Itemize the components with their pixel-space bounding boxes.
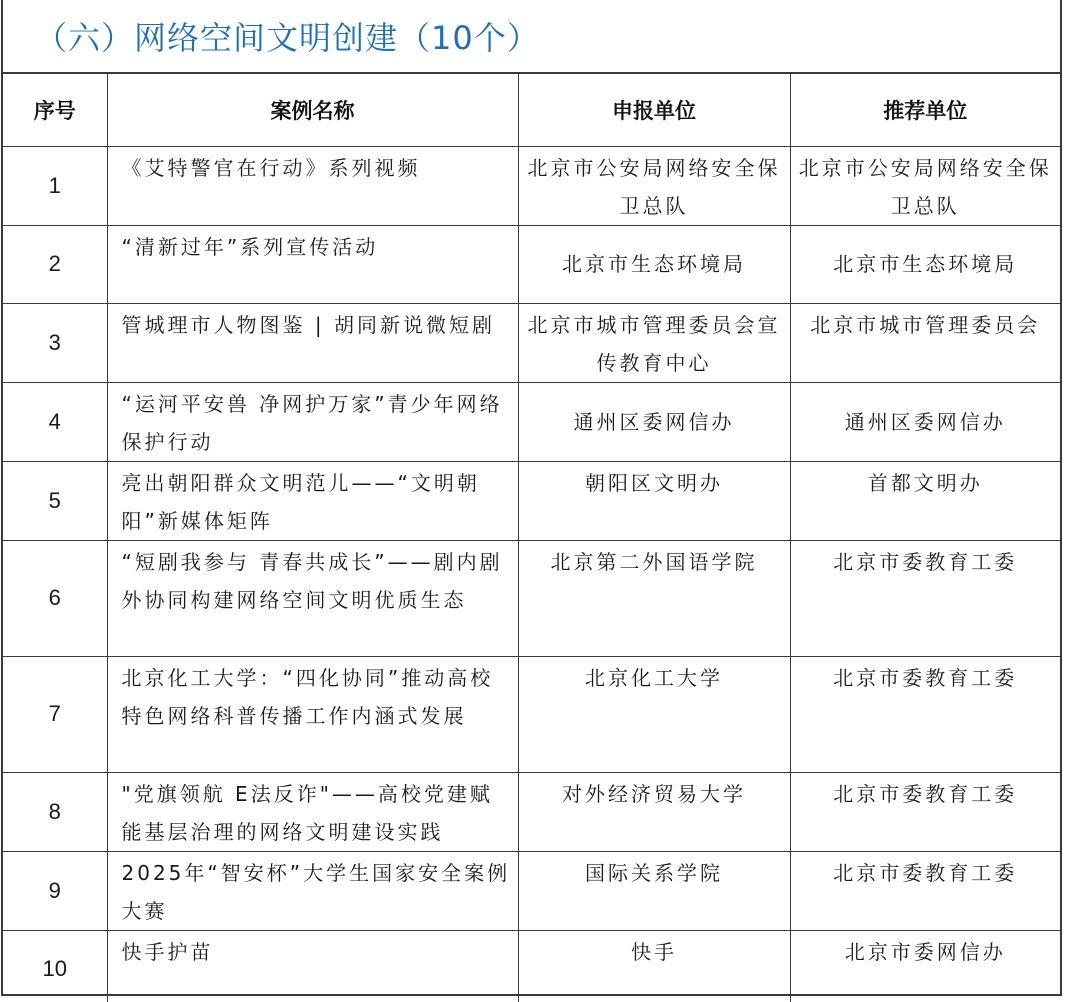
case-name: “运河平安兽 净网护万家”青少年网络保护行动 <box>107 382 518 461</box>
table-row: 7 北京化工大学：“四化协同”推动高校特色网络科普传播工作内涵式发展 北京化工大… <box>3 656 1060 772</box>
case-name: 快手护苗 <box>107 930 518 1002</box>
document-frame: （六）网络空间文明创建（10个） 序号 案例名称 申报单位 推荐单位 1 《艾特… <box>1 0 1062 996</box>
row-index: 6 <box>3 540 107 656</box>
table-header-row: 序号 案例名称 申报单位 推荐单位 <box>3 74 1060 146</box>
recommender-unit: 北京市生态环境局 <box>790 225 1060 303</box>
applicant-unit: 北京第二外国语学院 <box>518 540 790 656</box>
row-index: 3 <box>3 303 107 382</box>
recommender-unit: 北京市委教育工委 <box>790 656 1060 772</box>
row-index: 1 <box>3 146 107 225</box>
table-row: 2 “清新过年”系列宣传活动 北京市生态环境局 北京市生态环境局 <box>3 225 1060 303</box>
recommender-unit: 北京市委教育工委 <box>790 772 1060 851</box>
case-name: “清新过年”系列宣传活动 <box>107 225 518 303</box>
recommender-unit: 北京市公安局网络安全保卫总队 <box>790 146 1060 225</box>
row-index: 10 <box>3 930 107 1002</box>
recommender-unit: 北京市委网信办 <box>790 930 1060 1002</box>
recommender-unit: 北京市委教育工委 <box>790 851 1060 930</box>
case-name: 《艾特警官在行动》系列视频 <box>107 146 518 225</box>
applicant-unit: 国际关系学院 <box>518 851 790 930</box>
applicant-unit: 北京市公安局网络安全保卫总队 <box>518 146 790 225</box>
row-index: 2 <box>3 225 107 303</box>
case-name: 北京化工大学：“四化协同”推动高校特色网络科普传播工作内涵式发展 <box>107 656 518 772</box>
table-row: 5 亮出朝阳群众文明范儿——“文明朝阳”新媒体矩阵 朝阳区文明办 首都文明办 <box>3 461 1060 540</box>
case-name: 亮出朝阳群众文明范儿——“文明朝阳”新媒体矩阵 <box>107 461 518 540</box>
table-row: 1 《艾特警官在行动》系列视频 北京市公安局网络安全保卫总队 北京市公安局网络安… <box>3 146 1060 225</box>
applicant-unit: 快手 <box>518 930 790 1002</box>
table-row: 9 2025年“智安杯”大学生国家安全案例大赛 国际关系学院 北京市委教育工委 <box>3 851 1060 930</box>
applicant-unit: 对外经济贸易大学 <box>518 772 790 851</box>
table-row: 10 快手护苗 快手 北京市委网信办 <box>3 930 1060 1002</box>
row-index: 4 <box>3 382 107 461</box>
recommender-unit: 北京市城市管理委员会 <box>790 303 1060 382</box>
applicant-unit: 通州区委网信办 <box>518 382 790 461</box>
row-index: 9 <box>3 851 107 930</box>
row-index: 5 <box>3 461 107 540</box>
header-index: 序号 <box>3 74 107 146</box>
section-title: （六）网络空间文明创建（10个） <box>35 13 540 59</box>
applicant-unit: 朝阳区文明办 <box>518 461 790 540</box>
case-table: 序号 案例名称 申报单位 推荐单位 1 《艾特警官在行动》系列视频 北京市公安局… <box>3 74 1060 1002</box>
table-row: 4 “运河平安兽 净网护万家”青少年网络保护行动 通州区委网信办 通州区委网信办 <box>3 382 1060 461</box>
applicant-unit: 北京化工大学 <box>518 656 790 772</box>
section-heading: （六）网络空间文明创建（10个） <box>3 0 1060 74</box>
case-name: 2025年“智安杯”大学生国家安全案例大赛 <box>107 851 518 930</box>
case-name: “短剧我参与 青春共成长”——剧内剧外协同构建网络空间文明优质生态 <box>107 540 518 656</box>
applicant-unit: 北京市生态环境局 <box>518 225 790 303</box>
recommender-unit: 首都文明办 <box>790 461 1060 540</box>
applicant-unit: 北京市城市管理委员会宣传教育中心 <box>518 303 790 382</box>
case-name: 管城理市人物图鉴 | 胡同新说微短剧 <box>107 303 518 382</box>
header-case-name: 案例名称 <box>107 74 518 146</box>
recommender-unit: 通州区委网信办 <box>790 382 1060 461</box>
case-name: "党旗领航 E法反诈"——高校党建赋能基层治理的网络文明建设实践 <box>107 772 518 851</box>
row-index: 7 <box>3 656 107 772</box>
table-row: 6 “短剧我参与 青春共成长”——剧内剧外协同构建网络空间文明优质生态 北京第二… <box>3 540 1060 656</box>
recommender-unit: 北京市委教育工委 <box>790 540 1060 656</box>
row-index: 8 <box>3 772 107 851</box>
table-row: 8 "党旗领航 E法反诈"——高校党建赋能基层治理的网络文明建设实践 对外经济贸… <box>3 772 1060 851</box>
header-applicant: 申报单位 <box>518 74 790 146</box>
header-recommender: 推荐单位 <box>790 74 1060 146</box>
table-row: 3 管城理市人物图鉴 | 胡同新说微短剧 北京市城市管理委员会宣传教育中心 北京… <box>3 303 1060 382</box>
